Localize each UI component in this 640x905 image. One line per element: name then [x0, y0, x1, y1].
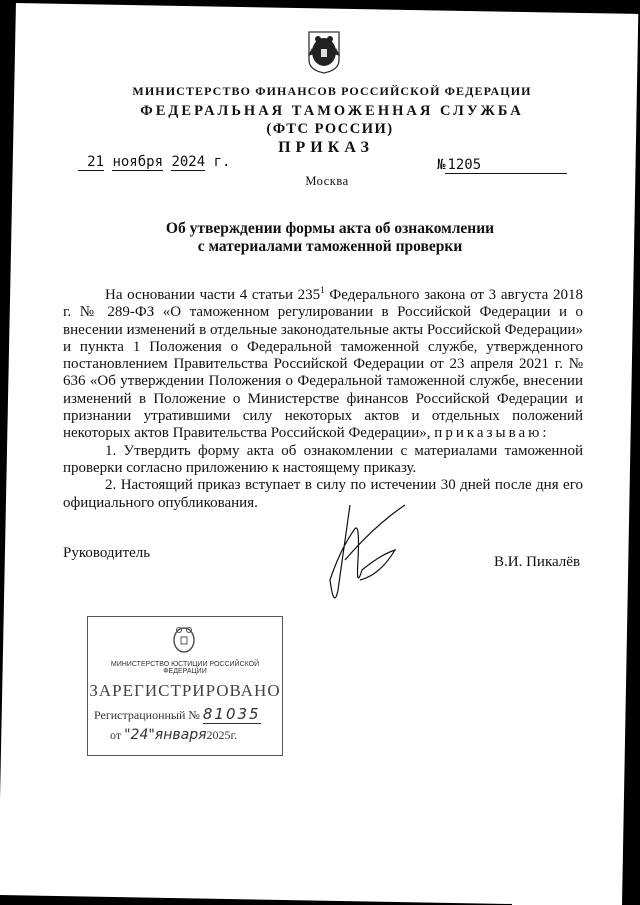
scan-border-bottom	[0, 895, 640, 905]
reg-number: 81035	[203, 705, 261, 724]
stamp-date-year: 2025	[207, 728, 231, 742]
ministry-name: МИНИСТЕРСТВО ФИНАНСОВ РОССИЙСКОЙ ФЕДЕРАЦ…	[12, 84, 640, 99]
stamp-date-suffix: г.	[231, 728, 238, 742]
scan-border-top	[0, 0, 640, 14]
handwritten-signature	[320, 500, 410, 620]
subject-line-2: с материалами таможенной проверки	[60, 238, 600, 256]
order-date: 21 ноября 2024 г.	[78, 154, 230, 171]
coat-of-arms-icon	[306, 30, 342, 74]
stamp-ministry: МИНИСТЕРСТВО ЮСТИЦИИ РОССИЙСКОЙ ФЕДЕРАЦИ…	[90, 661, 280, 675]
stamp-coat-of-arms-icon	[170, 623, 198, 655]
preamble-text-b: Федерального закона от 3 августа 2018 г.…	[63, 287, 583, 441]
preamble-text-a: На основании части 4 статьи 235	[105, 287, 320, 303]
city: Москва	[0, 174, 640, 189]
preamble-paragraph: На основании части 4 статьи 2351 Федерал…	[63, 287, 583, 443]
stamp-date-day: "24"	[124, 727, 155, 743]
stamp-date-month: января	[155, 727, 207, 743]
stamp-registration-number: Регистрационный № 81035	[94, 705, 261, 723]
order-body: На основании части 4 статьи 2351 Федерал…	[63, 287, 583, 512]
date-prefix: от	[110, 728, 121, 742]
order-subject: Об утверждении формы акта об ознакомлени…	[60, 220, 600, 256]
order-word: приказываю:	[434, 425, 549, 441]
number-label: №	[437, 157, 445, 173]
reg-label: Регистрационный №	[94, 708, 200, 722]
signer-role: Руководитель	[63, 545, 150, 562]
scan-border-left	[0, 0, 16, 800]
service-name: ФЕДЕРАЛЬНАЯ ТАМОЖЕННАЯ СЛУЖБА	[12, 103, 640, 120]
date-month: ноября	[112, 154, 163, 171]
date-day: 21	[78, 154, 104, 171]
registration-stamp: МИНИСТЕРСТВО ЮСТИЦИИ РОССИЙСКОЙ ФЕДЕРАЦИ…	[87, 616, 283, 756]
item-1: 1. Утвердить форму акта об ознакомлении …	[63, 443, 583, 478]
number-value: 1205	[445, 157, 567, 174]
stamp-registered: ЗАРЕГИСТРИРОВАНО	[88, 681, 282, 701]
date-year: 2024	[171, 154, 205, 171]
signer-name: В.И. Пикалёв	[494, 554, 580, 571]
service-abbreviation: (ФТС РОССИИ)	[10, 121, 640, 138]
date-suffix: г.	[214, 154, 231, 170]
stamp-date: от "24"января2025г.	[110, 727, 237, 743]
subject-line-1: Об утверждении формы акта об ознакомлени…	[60, 220, 600, 238]
order-number: №1205	[437, 157, 567, 174]
